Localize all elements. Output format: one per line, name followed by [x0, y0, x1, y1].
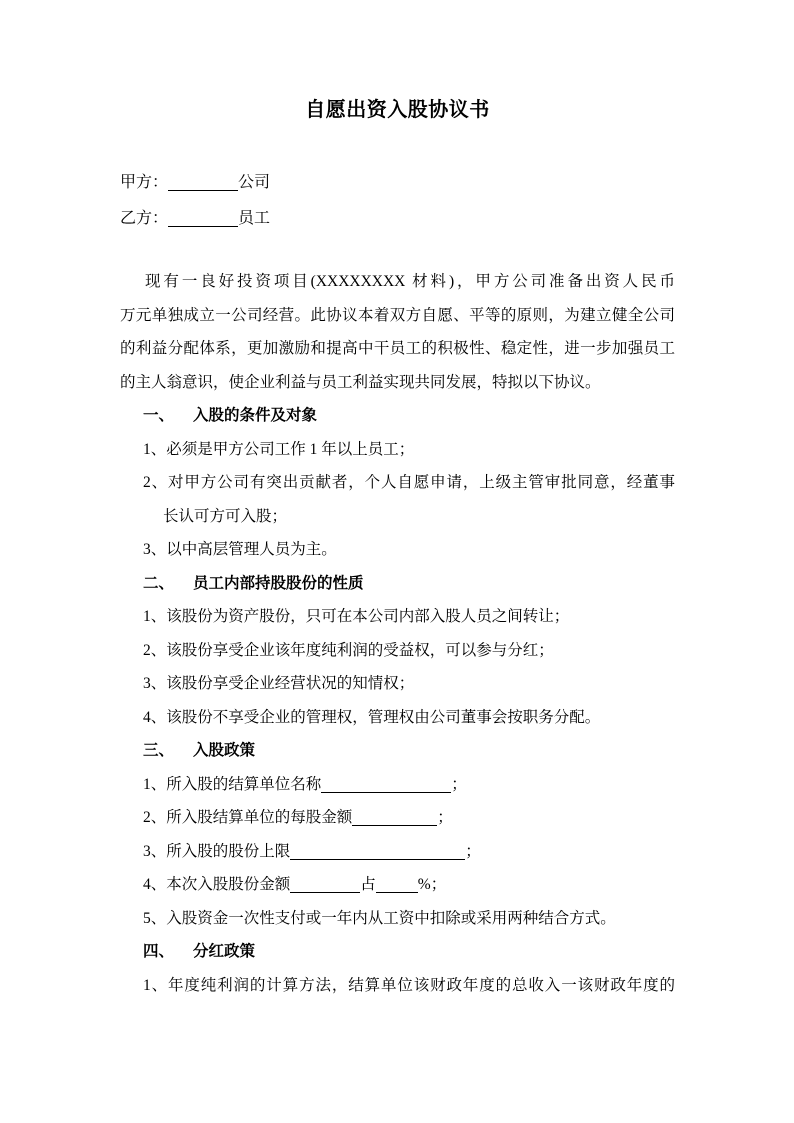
party-a-label: 甲方：	[120, 174, 168, 191]
blank-underline	[376, 876, 418, 893]
party-b-suffix: 员工	[238, 210, 270, 227]
fill-item-text: 4、本次入股股份金额	[143, 876, 290, 893]
list-item: 2、所入股结算单位的每股金额；	[120, 801, 675, 835]
party-a-suffix: 公司	[238, 174, 270, 191]
fill-item-text: %；	[418, 876, 446, 893]
blank-underline	[290, 876, 360, 893]
fill-item-text: 3、所入股的股份上限	[143, 843, 290, 860]
list-item: 2、该股份享受企业该年度纯利润的受益权，可以参与分红；	[120, 634, 675, 668]
parties-block: 甲方：公司 乙方：员工	[120, 165, 675, 237]
fill-item-text: ；	[451, 776, 467, 793]
fill-item-text: 2、所入股结算单位的每股金额	[143, 809, 352, 826]
section-number: 一、	[143, 399, 193, 433]
section-number: 四、	[143, 935, 193, 969]
list-item: 3、以中高层管理人员为主。	[120, 533, 675, 567]
blank-underline	[168, 174, 238, 191]
paragraph-line: 现有一良好投资项目(XXXXXXXX 材料)，甲方公司准备出资人民币	[120, 265, 675, 299]
paragraph-line: 万元单独成立一公司经营。此协议本着双方自愿、平等的原则，为建立健全公司	[120, 299, 675, 333]
section-heading: 二、员工内部持股股份的性质	[120, 567, 675, 601]
blank-underline	[352, 809, 437, 826]
section-title: 员工内部持股股份的性质	[193, 575, 364, 592]
section-heading: 四、分红政策	[120, 935, 675, 969]
list-item: 5、入股资金一次性支付或一年内从工资中扣除或采用两种结合方式。	[120, 902, 675, 936]
section-heading: 三、入股政策	[120, 734, 675, 768]
list-item: 4、本次入股股份金额占%；	[120, 868, 675, 902]
section-heading: 一、入股的条件及对象	[120, 399, 675, 433]
section-number: 三、	[143, 734, 193, 768]
blank-underline	[290, 843, 465, 860]
fill-item-text: 1、所入股的结算单位名称	[143, 776, 321, 793]
list-item: 4、该股份不享受企业的管理权，管理权由公司董事会按职务分配。	[120, 701, 675, 735]
section-title: 入股的条件及对象	[193, 407, 317, 424]
fill-item-text: ；	[437, 809, 453, 826]
party-a-line: 甲方：公司	[120, 165, 675, 201]
blank-underline	[321, 776, 451, 793]
party-b-line: 乙方：员工	[120, 201, 675, 237]
fill-item-text: 占	[360, 876, 376, 893]
list-item: 3、该股份享受企业经营状况的知情权；	[120, 667, 675, 701]
party-b-label: 乙方：	[120, 210, 168, 227]
section-title: 分红政策	[193, 943, 255, 960]
document-body: 现有一良好投资项目(XXXXXXXX 材料)，甲方公司准备出资人民币 万元单独成…	[120, 265, 675, 1002]
document-page: 自愿出资入股协议书 甲方：公司 乙方：员工 现有一良好投资项目(XXXXXXXX…	[0, 0, 794, 1123]
fill-item-text: ；	[465, 843, 481, 860]
document-content: 自愿出资入股协议书 甲方：公司 乙方：员工 现有一良好投资项目(XXXXXXXX…	[120, 93, 675, 1002]
list-item: 3、所入股的股份上限；	[120, 835, 675, 869]
list-item: 1、该股份为资产股份，只可在本公司内部入股人员之间转让；	[120, 600, 675, 634]
list-item: 1、年度纯利润的计算方法，结算单位该财政年度的总收入一该财政年度的	[120, 969, 675, 1003]
list-item-continuation: 长认可方可入股；	[120, 500, 675, 534]
list-item: 2、对甲方公司有突出贡献者，个人自愿申请，上级主管审批同意，经董事	[120, 466, 675, 500]
section-title: 入股政策	[193, 742, 255, 759]
list-item: 1、所入股的结算单位名称；	[120, 768, 675, 802]
blank-underline	[168, 210, 238, 227]
document-title: 自愿出资入股协议书	[120, 93, 675, 127]
list-item: 1、必须是甲方公司工作 1 年以上员工；	[120, 433, 675, 467]
section-number: 二、	[143, 567, 193, 601]
paragraph-line: 的主人翁意识，使企业利益与员工利益实现共同发展，特拟以下协议。	[120, 366, 675, 400]
paragraph-line: 的利益分配体系，更加激励和提高中干员工的积极性、稳定性，进一步加强员工	[120, 332, 675, 366]
